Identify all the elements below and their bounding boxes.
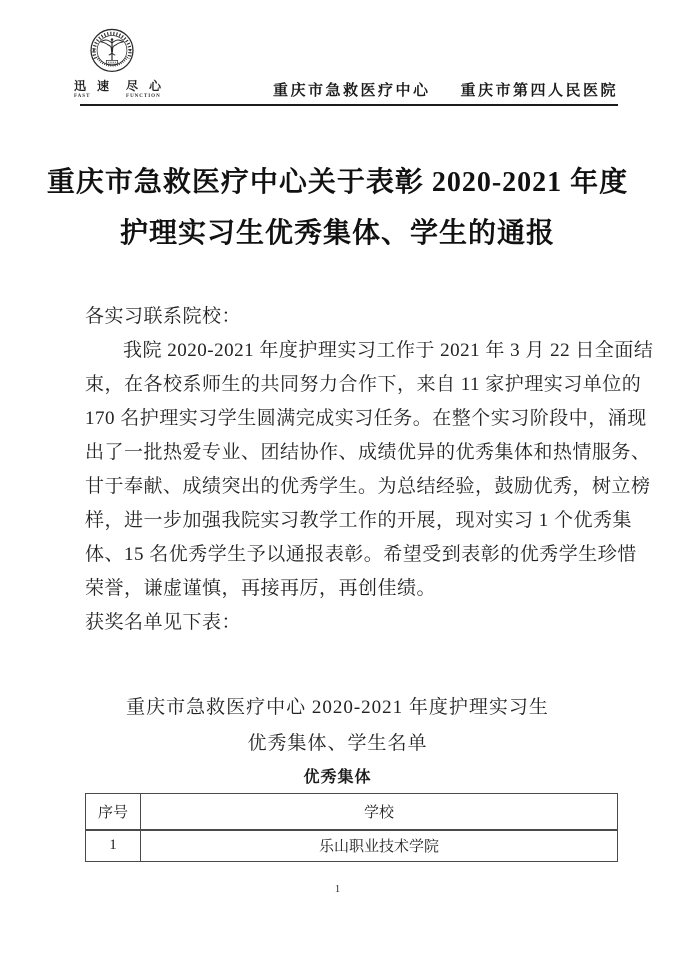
subtitle-line-2: 优秀集体、学生名单 <box>0 726 675 762</box>
org-name-primary: 重庆市急救医疗中心 <box>273 83 431 99</box>
title-line-2: 护理实习生优秀集体、学生的通报 <box>0 208 675 259</box>
title-line-1: 重庆市急救医疗中心关于表彰 2020-2021 年度 <box>0 157 675 208</box>
closing-line: 获奖名单见下表： <box>85 606 619 640</box>
org-name-secondary: 重庆市第四人民医院 <box>460 83 618 99</box>
document-title: 重庆市急救医疗中心关于表彰 2020-2021 年度 护理实习生优秀集体、学生的… <box>0 157 675 259</box>
table-header-row: 序号 学校 <box>86 794 618 830</box>
outstanding-collective-table: 序号 学校 1 乐山职业技术学院 <box>85 793 618 862</box>
document-page: 迅 速 FAST 尽 心 FUNCTION 重庆市急救医疗中心重庆市第四人民医院… <box>0 0 675 955</box>
table-row: 1 乐山职业技术学院 <box>86 830 618 862</box>
header-cell-index: 序号 <box>86 794 141 830</box>
letterhead-org-names: 重庆市急救医疗中心重庆市第四人民医院 <box>0 79 618 100</box>
document-body: 各实习联系院校： 我院 2020-2021 年度护理实习工作于 2021 年 3… <box>85 300 619 640</box>
body-line: 我院 2020-2021 年度护理实习工作于 2021 年 3 月 22 日全面… <box>85 334 619 368</box>
body-line: 束，在各校系师生的共同努力合作下，来自 11 家护理实习单位的 <box>85 368 619 402</box>
page-number: 1 <box>0 883 675 895</box>
cell-school: 乐山职业技术学院 <box>141 830 618 862</box>
body-line: 体、15 名优秀学生予以通报表彰。希望受到表彰的优秀学生珍惜 <box>85 538 619 572</box>
subtitle-line-1: 重庆市急救医疗中心 2020-2021 年度护理实习生 <box>0 690 675 726</box>
header-cell-school: 学校 <box>141 794 618 830</box>
salutation: 各实习联系院校： <box>85 300 619 334</box>
cell-index: 1 <box>86 830 141 862</box>
body-line: 甘于奉献、成绩突出的优秀学生。为总结经验，鼓励优秀，树立榜 <box>85 470 619 504</box>
letterhead-divider <box>80 104 618 106</box>
table-caption: 优秀集体 <box>0 764 675 787</box>
body-line: 170 名护理实习学生圆满完成实习任务。在整个实习阶段中，涌现 <box>85 402 619 436</box>
award-list-subtitle: 重庆市急救医疗中心 2020-2021 年度护理实习生 优秀集体、学生名单 <box>0 690 675 762</box>
body-line: 荣誉，谦虚谨慎，再接再厉，再创佳绩。 <box>85 572 619 606</box>
body-line: 样，进一步加强我院实习教学工作的开展，现对实习 1 个优秀集 <box>85 504 619 538</box>
medical-center-seal-icon <box>86 27 138 77</box>
body-line: 出了一批热爱专业、团结协作、成绩优异的优秀集体和热情服务、 <box>85 436 619 470</box>
